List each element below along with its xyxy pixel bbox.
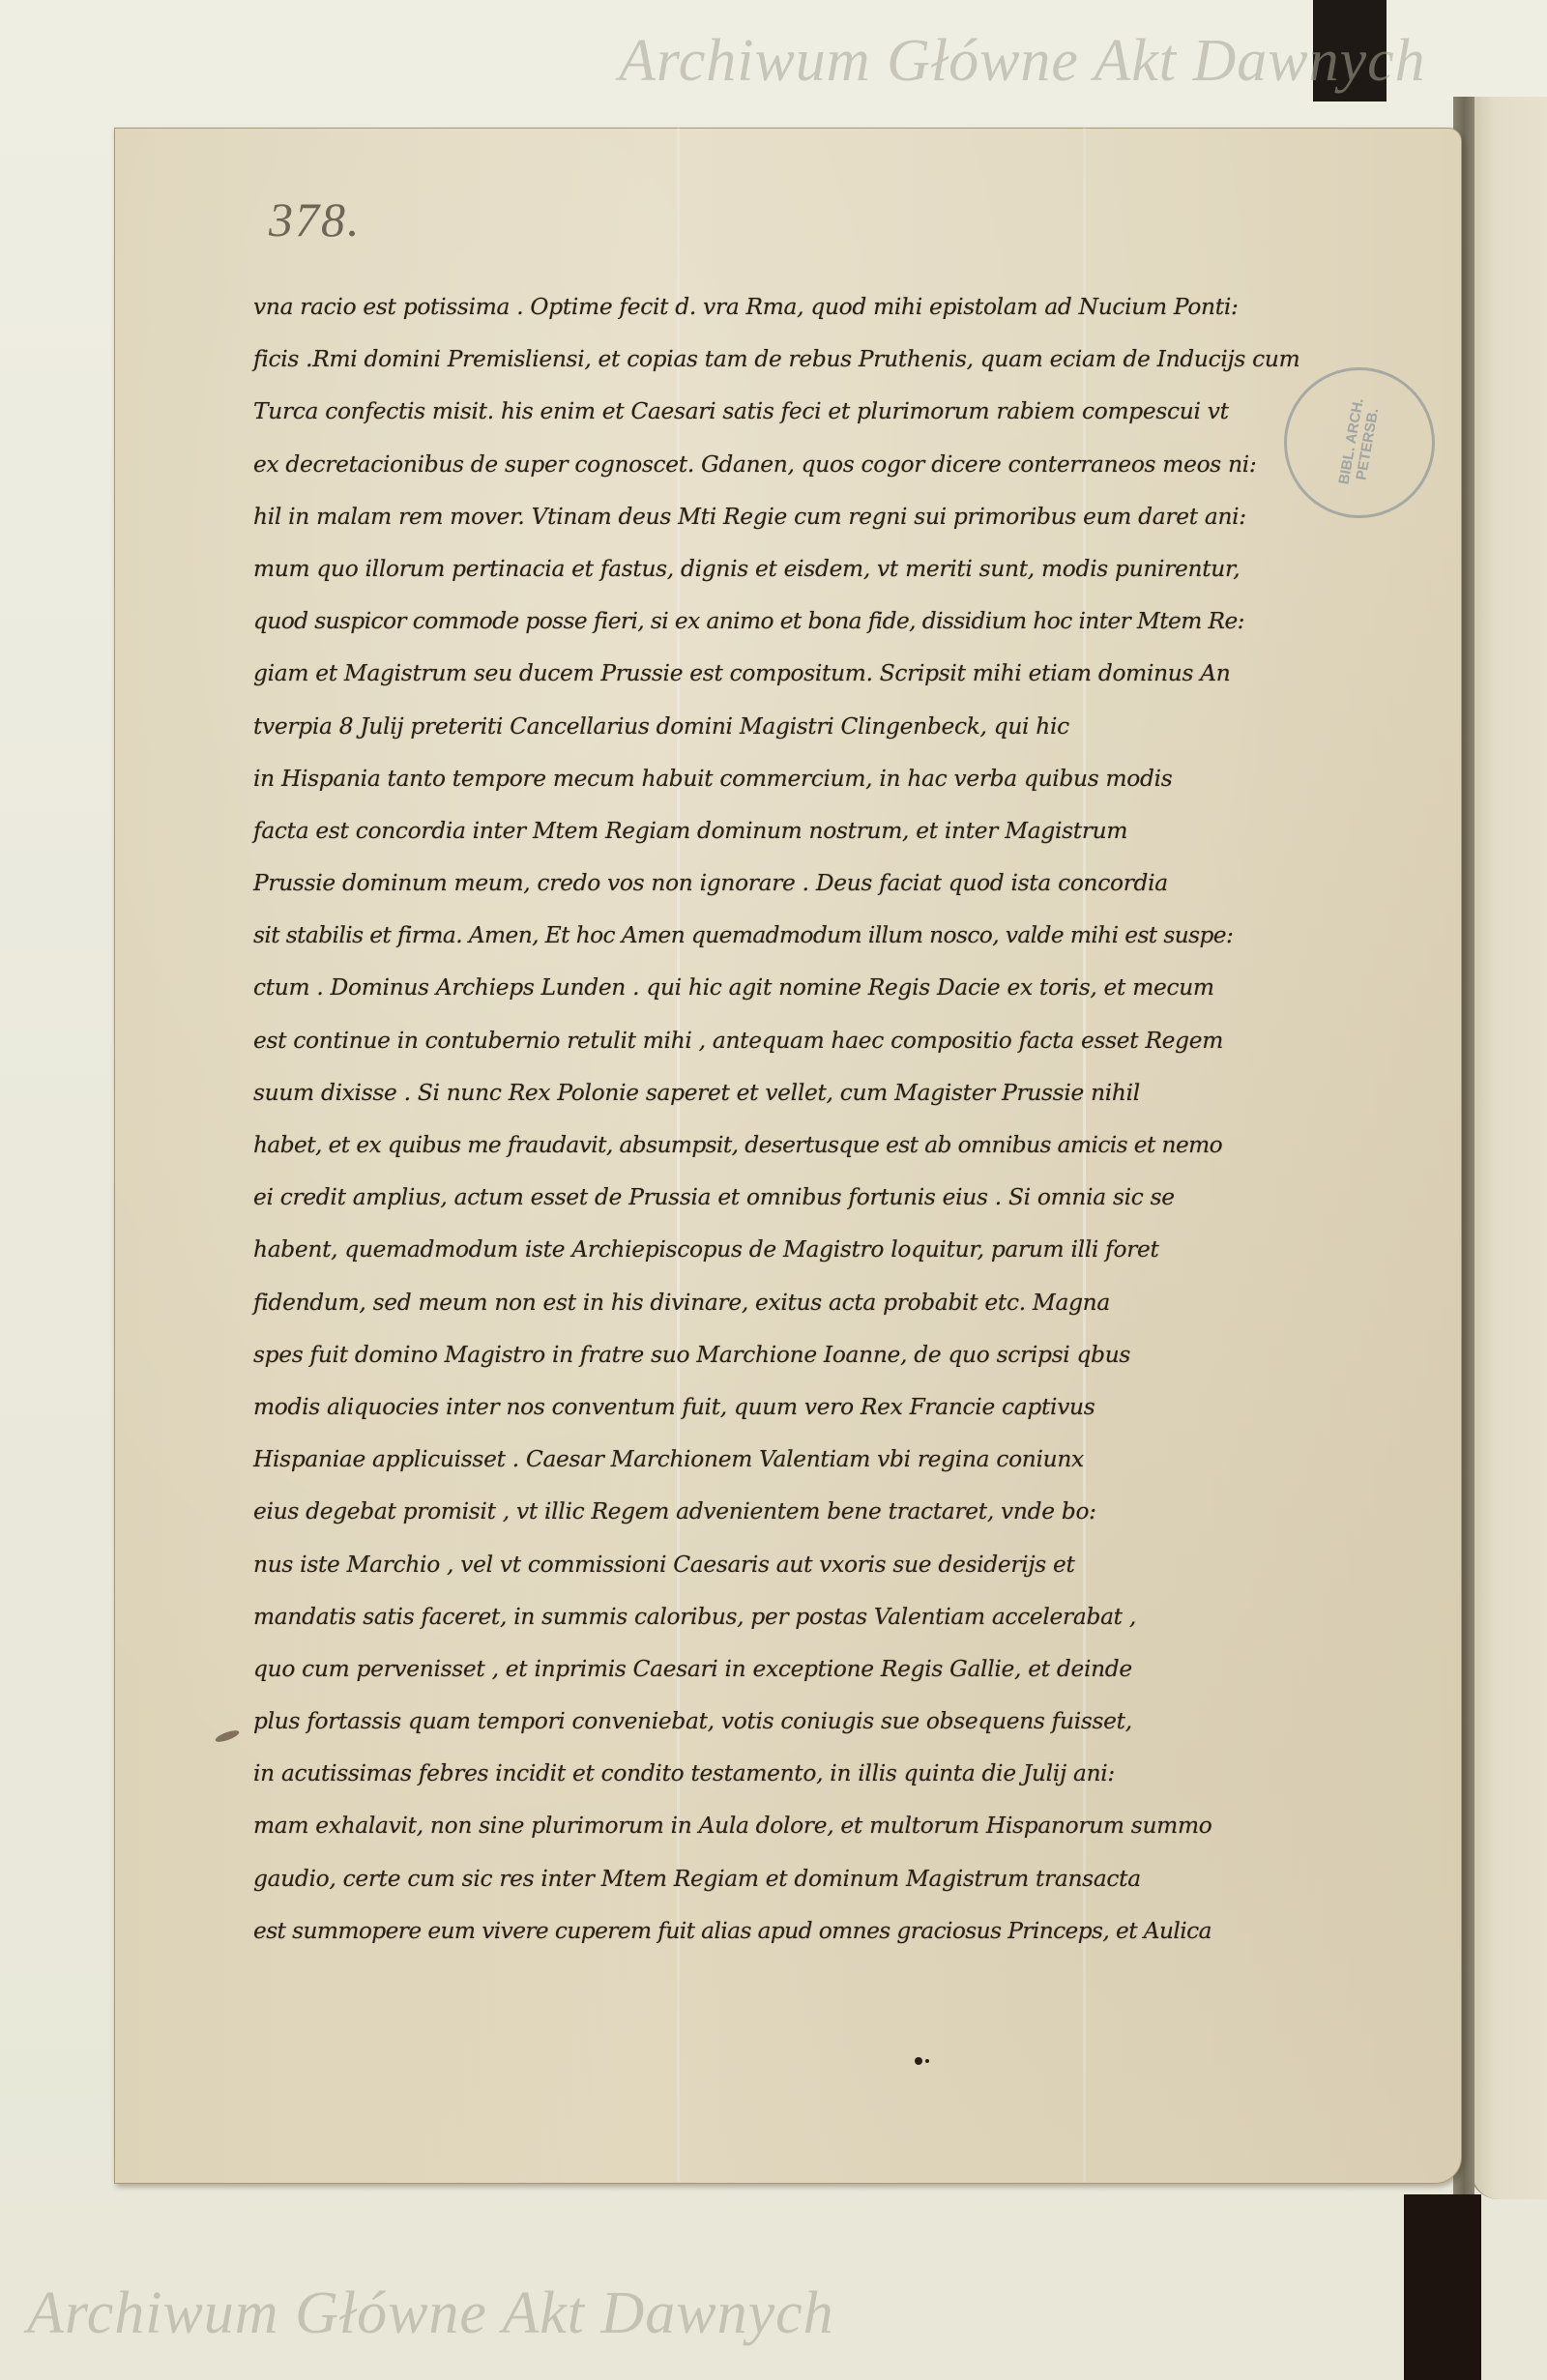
manuscript-line: habet, et ex quibus me fraudavit, absump… [253, 1118, 1327, 1171]
manuscript-line: in acutissimas febres incidit et condito… [253, 1747, 1327, 1799]
manuscript-text: vna racio est potissima . Optime fecit d… [253, 280, 1336, 1957]
manuscript-line: habent, quemadmodum iste Archiepiscopus … [253, 1223, 1327, 1275]
manuscript-line: Turca confectis misit. his enim et Caesa… [253, 385, 1327, 437]
manuscript-line: Hispaniae applicuisset . Caesar Marchion… [253, 1433, 1327, 1485]
manuscript-line: suum dixisse . Si nunc Rex Polonie saper… [253, 1066, 1327, 1118]
manuscript-line: giam et Magistrum seu ducem Prussie est … [253, 647, 1327, 699]
manuscript-line: est summopere eum vivere cuperem fuit al… [253, 1904, 1327, 1957]
stamp-text: BIBL. ARCH. PETERSB. [1330, 368, 1388, 517]
folio-number: 378. [269, 191, 362, 247]
ink-dot [925, 2059, 929, 2063]
archive-watermark-bottom: Archiwum Główne Akt Dawnych [27, 2279, 834, 2348]
manuscript-line: ei credit amplius, actum esset de Prussi… [253, 1171, 1327, 1223]
manuscript-line: quo cum pervenisset , et inprimis Caesar… [253, 1642, 1327, 1695]
manuscript-line: mam exhalavit, non sine plurimorum in Au… [253, 1799, 1327, 1851]
manuscript-line: sit stabilis et firma. Amen, Et hoc Amen… [253, 909, 1327, 961]
archive-watermark-top: Archiwum Główne Akt Dawnych [619, 27, 1426, 96]
manuscript-line: mandatis satis faceret, in summis calori… [253, 1590, 1327, 1642]
manuscript-line: hil in malam rem mover. Vtinam deus Mti … [253, 490, 1327, 542]
manuscript-line: vna racio est potissima . Optime fecit d… [253, 280, 1327, 333]
manuscript-line: mum quo illorum pertinacia et fastus, di… [253, 542, 1327, 595]
manuscript-line: fidendum, sed meum non est in his divina… [253, 1276, 1327, 1328]
manuscript-line: Prussie dominum meum, credo vos non igno… [253, 856, 1327, 909]
manuscript-line: in Hispania tanto tempore mecum habuit c… [253, 752, 1327, 804]
ink-dot [915, 2057, 922, 2065]
manuscript-line: ex decretacionibus de super cognoscet. G… [253, 438, 1327, 490]
manuscript-line: est continue in contubernio retulit mihi… [253, 1014, 1327, 1066]
manuscript-line: quod suspicor commode posse fieri, si ex… [253, 595, 1327, 647]
manuscript-line: facta est concordia inter Mtem Regiam do… [253, 804, 1327, 856]
manuscript-line: ctum . Dominus Archieps Lunden . qui hic… [253, 961, 1327, 1013]
manuscript-line: tverpia 8 Julij preteriti Cancellarius d… [253, 700, 1327, 752]
manuscript-line: spes fuit domino Magistro in fratre suo … [253, 1328, 1327, 1380]
manuscript-line: plus fortassis quam tempori conveniebat,… [253, 1695, 1327, 1747]
manuscript-line: ficis .Rmi domini Premisliensi, et copia… [253, 333, 1327, 385]
manuscript-line: modis aliquocies inter nos conventum fui… [253, 1380, 1327, 1433]
manuscript-line: gaudio, certe cum sic res inter Mtem Reg… [253, 1852, 1327, 1904]
manuscript-line: eius degebat promisit , vt illic Regem a… [253, 1485, 1327, 1537]
binding-strip-bottom [1404, 2194, 1481, 2380]
adjacent-page-edge [1470, 97, 1547, 2199]
manuscript-line: nus iste Marchio , vel vt commissioni Ca… [253, 1538, 1327, 1590]
